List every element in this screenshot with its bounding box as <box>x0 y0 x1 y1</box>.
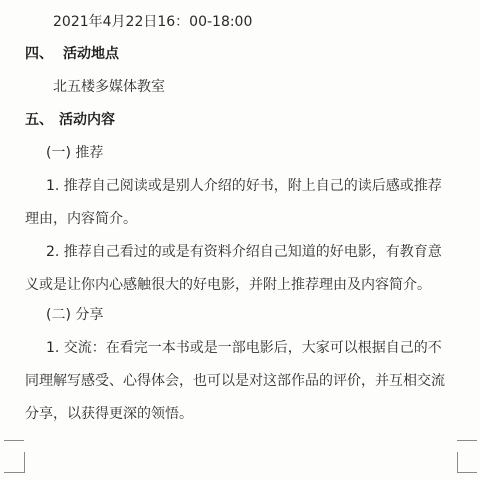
paragraph-line: 1. 推荐自己阅读或是别人介绍的好书，附上自己的读后感或推荐 <box>46 177 442 195</box>
section-title: 活动内容 <box>59 112 115 128</box>
paragraph-line: 2. 推荐自己看过的或是有资料介绍自己知道的好电影，有教育意 <box>46 243 442 261</box>
section-heading-location: 四、活动地点 <box>25 45 119 63</box>
subsection-recommend: (一) 推荐 <box>46 144 103 162</box>
section-number: 五、 <box>25 111 59 129</box>
section-heading-content: 五、活动内容 <box>25 111 115 129</box>
section-title: 活动地点 <box>63 46 119 62</box>
paragraph-line: 理由，内容简介。 <box>25 210 137 228</box>
section-number: 四、 <box>25 45 63 63</box>
paragraph-line: 义或是让你内心感触很大的好电影，并附上推荐理由及内容简介。 <box>25 276 431 294</box>
paragraph-line: 同理解写感受、心得体会，也可以是对这部作品的评价，并互相交流 <box>25 372 445 390</box>
paragraph-line: 分享，以获得更深的领悟。 <box>25 405 193 423</box>
activity-location: 北五楼多媒体教室 <box>53 78 165 96</box>
paragraph-line: 1. 交流：在看完一本书或是一部电影后，大家可以根据自己的不 <box>46 339 442 357</box>
activity-time: 2021年4月22日16：00-18:00 <box>53 13 252 31</box>
subsection-share: (二) 分享 <box>46 306 103 324</box>
